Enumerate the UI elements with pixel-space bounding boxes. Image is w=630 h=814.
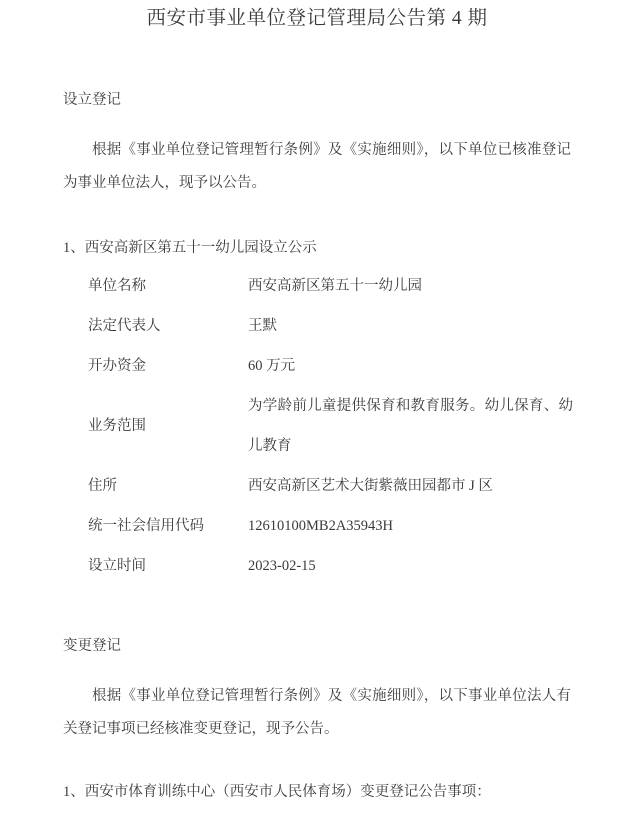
field-label: 统一社会信用代码	[88, 506, 248, 546]
field-value: 2023-02-15	[248, 546, 573, 586]
announcement-document: 西安市事业单位登记管理局公告第 4 期 设立登记 根据《事业单位登记管理暂行条例…	[0, 0, 630, 814]
field-label: 住所	[88, 466, 248, 506]
field-row-establish-date: 设立时间 2023-02-15	[63, 546, 571, 586]
field-label: 法定代表人	[88, 306, 248, 346]
item-heading-sports-center: 1、西安市体育训练中心（西安市人民体育场）变更登记公告事项：	[63, 782, 571, 802]
field-value: 王默	[248, 306, 573, 346]
field-value: 西安高新区艺术大街紫薇田园都市 J 区	[248, 466, 573, 506]
field-value: 西安高新区第五十一幼儿园	[248, 266, 573, 306]
field-label: 单位名称	[88, 266, 248, 306]
field-label: 设立时间	[88, 546, 248, 586]
field-row-opening-funds: 开办资金 60 万元	[63, 346, 571, 386]
field-row-legal-representative: 法定代表人 王默	[63, 306, 571, 346]
section-heading-change: 变更登记	[63, 636, 571, 656]
field-label: 业务范围	[88, 406, 248, 446]
section-intro-establishment: 根据《事业单位登记管理暂行条例》及《实施细则》，以下单位已核准登记为事业单位法人…	[63, 134, 571, 200]
field-row-business-scope: 业务范围 为学龄前儿童提供保育和教育服务。幼儿保育、幼儿教育	[63, 386, 571, 466]
item-heading-kindergarten: 1、西安高新区第五十一幼儿园设立公示	[63, 238, 571, 258]
field-label: 开办资金	[88, 346, 248, 386]
field-row-credit-code: 统一社会信用代码 12610100MB2A35943H	[63, 506, 571, 546]
field-value: 为学龄前儿童提供保育和教育服务。幼儿保育、幼儿教育	[248, 386, 573, 466]
page-title: 西安市事业单位登记管理局公告第 4 期	[63, 6, 571, 32]
field-row-unit-name: 单位名称 西安高新区第五十一幼儿园	[63, 266, 571, 306]
field-row-address: 住所 西安高新区艺术大街紫薇田园都市 J 区	[63, 466, 571, 506]
section-heading-establishment: 设立登记	[63, 90, 571, 110]
registration-fields: 单位名称 西安高新区第五十一幼儿园 法定代表人 王默 开办资金 60 万元 业务…	[63, 266, 571, 586]
field-value: 60 万元	[248, 346, 573, 386]
section-intro-change: 根据《事业单位登记管理暂行条例》及《实施细则》，以下事业单位法人有关登记事项已经…	[63, 680, 571, 746]
field-value: 12610100MB2A35943H	[248, 506, 573, 546]
